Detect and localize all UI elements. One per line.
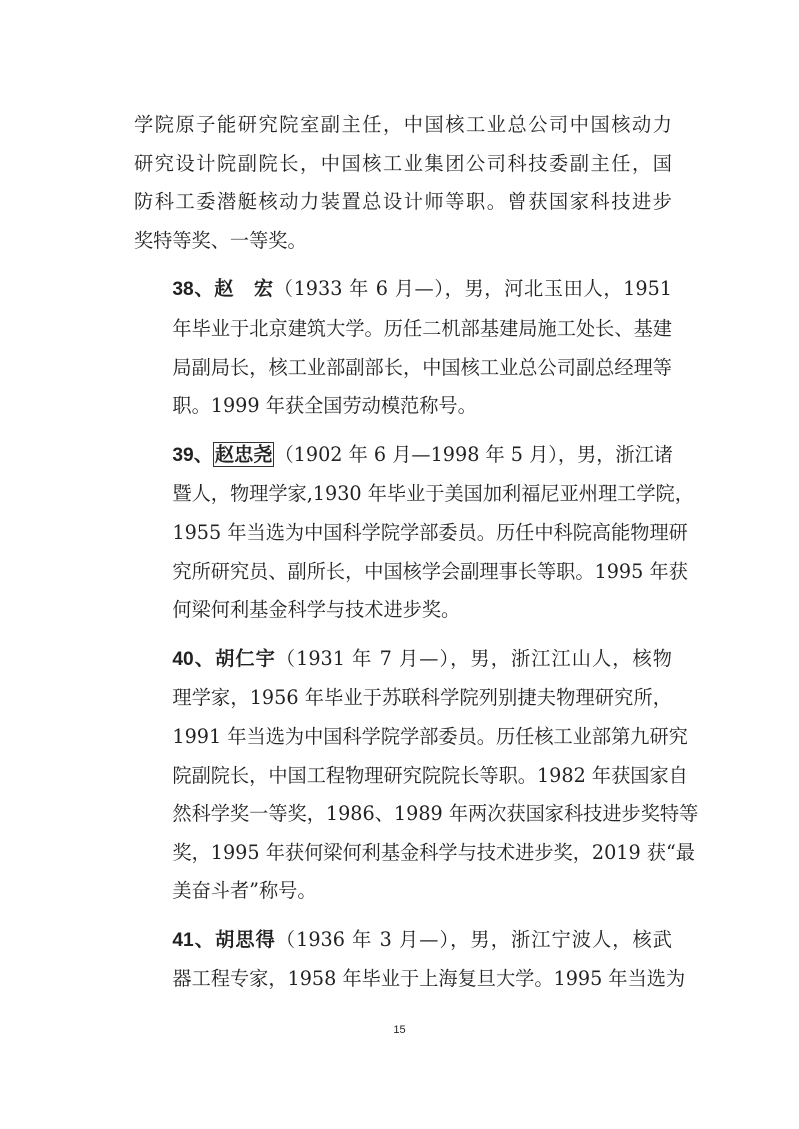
- entry-38: 38、赵 宏（1933 年 6 月—），男，河北玉田人，1951 年毕业于北京建…: [134, 270, 672, 425]
- text-line: 院副院长，中国工程物理研究院院长等职。1982 年获国家自: [134, 757, 672, 796]
- document-page: 学院原子能研究院室副主任，中国核工业总公司中国核动力 研究设计院副院长，中国核工…: [0, 0, 799, 1129]
- entry-intro: （1902 年 6 月—1998 年 5 月），男，浙江诸: [274, 443, 673, 466]
- entry-number: 40、: [172, 649, 215, 670]
- text-line: 防科工委潜艇核动力装置总设计师等职。曾获国家科技进步: [134, 183, 672, 222]
- entry-intro: （1936 年 3 月—），男，浙江宁波人，核武: [276, 928, 672, 951]
- continuation-paragraph: 学院原子能研究院室副主任，中国核工业总公司中国核动力 研究设计院副院长，中国核工…: [134, 106, 672, 260]
- text-line: 理学家，1956 年毕业于苏联科学院列别捷夫物理研究所，: [134, 679, 672, 718]
- person-name: 胡仁宇: [215, 647, 276, 670]
- text-line: 职。1999 年获全国劳动模范称号。: [134, 387, 672, 426]
- entry-intro: （1931 年 7 月—），男，浙江江山人，核物: [276, 647, 672, 670]
- text-line: 何梁何利基金科学与技术进步奖。: [134, 591, 672, 630]
- text-line: 学院原子能研究院室副主任，中国核工业总公司中国核动力: [134, 106, 672, 145]
- entry-number: 39、: [172, 445, 213, 466]
- person-name: 胡思得: [215, 928, 276, 951]
- text-line: 究所研究员、副所长，中国核学会副理事长等职。1995 年获: [134, 553, 672, 592]
- entry-first-line: 39、赵忠尧（1902 年 6 月—1998 年 5 月），男，浙江诸: [134, 436, 672, 476]
- text-line: 1955 年当选为中国科学院学部委员。历任中科院高能物理研: [134, 514, 672, 553]
- entry-first-line: 38、赵 宏（1933 年 6 月—），男，河北玉田人，1951: [134, 270, 672, 310]
- text-line: 研究设计院副院长，中国核工业集团公司科技委副主任，国: [134, 145, 672, 184]
- entry-number: 38、: [172, 279, 214, 300]
- text-line: 暨人，物理学家,1930 年毕业于美国加利福尼亚州理工学院，: [134, 475, 672, 514]
- entry-40: 40、胡仁宇（1931 年 7 月—），男，浙江江山人，核物 理学家，1956 …: [134, 640, 672, 911]
- text-line: 然科学奖一等奖，1986、1989 年两次获国家科技进步奖特等: [134, 795, 672, 834]
- text-line: 奖特等奖、一等奖。: [134, 222, 672, 261]
- text-line: 美奋斗者”称号。: [134, 872, 672, 911]
- entry-first-line: 40、胡仁宇（1931 年 7 月—），男，浙江江山人，核物: [134, 640, 672, 680]
- entry-first-line: 41、胡思得（1936 年 3 月—），男，浙江宁波人，核武: [134, 921, 672, 961]
- text-line: 1991 年当选为中国科学院学部委员。历任核工业部第九研究: [134, 718, 672, 757]
- entry-intro: （1933 年 6 月—），男，河北玉田人，1951: [274, 277, 672, 300]
- page-number: 15: [0, 1024, 799, 1036]
- entry-39: 39、赵忠尧（1902 年 6 月—1998 年 5 月），男，浙江诸 暨人，物…: [134, 436, 672, 630]
- text-line: 器工程专家，1958 年毕业于上海复旦大学。1995 年当选为: [134, 960, 672, 999]
- text-line: 局副局长，核工业部副部长，中国核工业总公司副总经理等: [134, 349, 672, 388]
- person-name-boxed: 赵忠尧: [213, 442, 275, 467]
- text-line: 奖，1995 年获何梁何利基金科学与技术进步奖，2019 获“最: [134, 834, 672, 873]
- person-name: 赵 宏: [214, 277, 274, 300]
- document-body: 学院原子能研究院室副主任，中国核工业总公司中国核动力 研究设计院副院长，中国核工…: [134, 106, 672, 999]
- entry-41: 41、胡思得（1936 年 3 月—），男，浙江宁波人，核武 器工程专家，195…: [134, 921, 672, 999]
- entry-number: 41、: [172, 930, 215, 951]
- text-line: 年毕业于北京建筑大学。历任二机部基建局施工处长、基建: [134, 310, 672, 349]
